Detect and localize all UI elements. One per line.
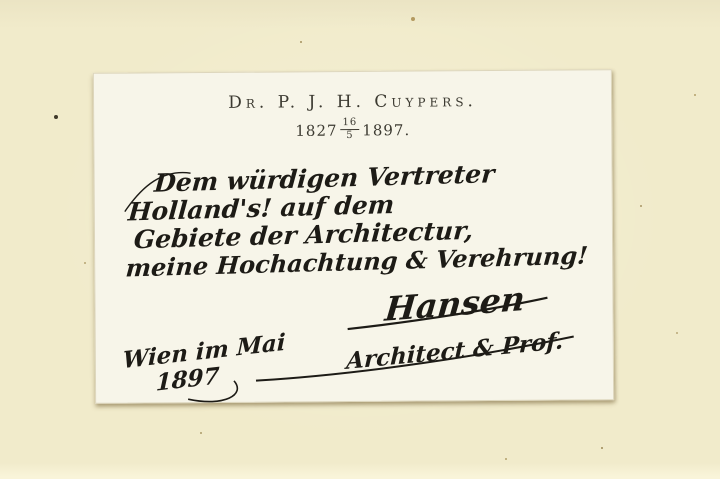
- birth-year: 1827: [295, 122, 337, 140]
- autograph-card: Dr. P. J. H. Cuypers. 18271651897. Dem w…: [93, 69, 614, 404]
- death-year: 1897.: [362, 121, 410, 139]
- signature: Hansen: [346, 276, 564, 332]
- paper-specks: [0, 0, 2, 2]
- printed-name: Dr. P. J. H. Cuypers.: [94, 90, 611, 114]
- date-fraction-denominator: 5: [341, 130, 360, 141]
- printed-dates: 18271651897.: [94, 116, 611, 147]
- date-fraction-numerator: 16: [340, 118, 359, 130]
- dedication-text: Dem würdigen Vertreter Holland's! auf de…: [121, 157, 599, 282]
- album-page: Dr. P. J. H. Cuypers. 18271651897. Dem w…: [0, 0, 720, 479]
- signature-title: Architect & Prof.: [346, 322, 616, 375]
- date-fraction: 165: [340, 118, 359, 141]
- place-date: Wien im Mai 1897: [122, 330, 286, 401]
